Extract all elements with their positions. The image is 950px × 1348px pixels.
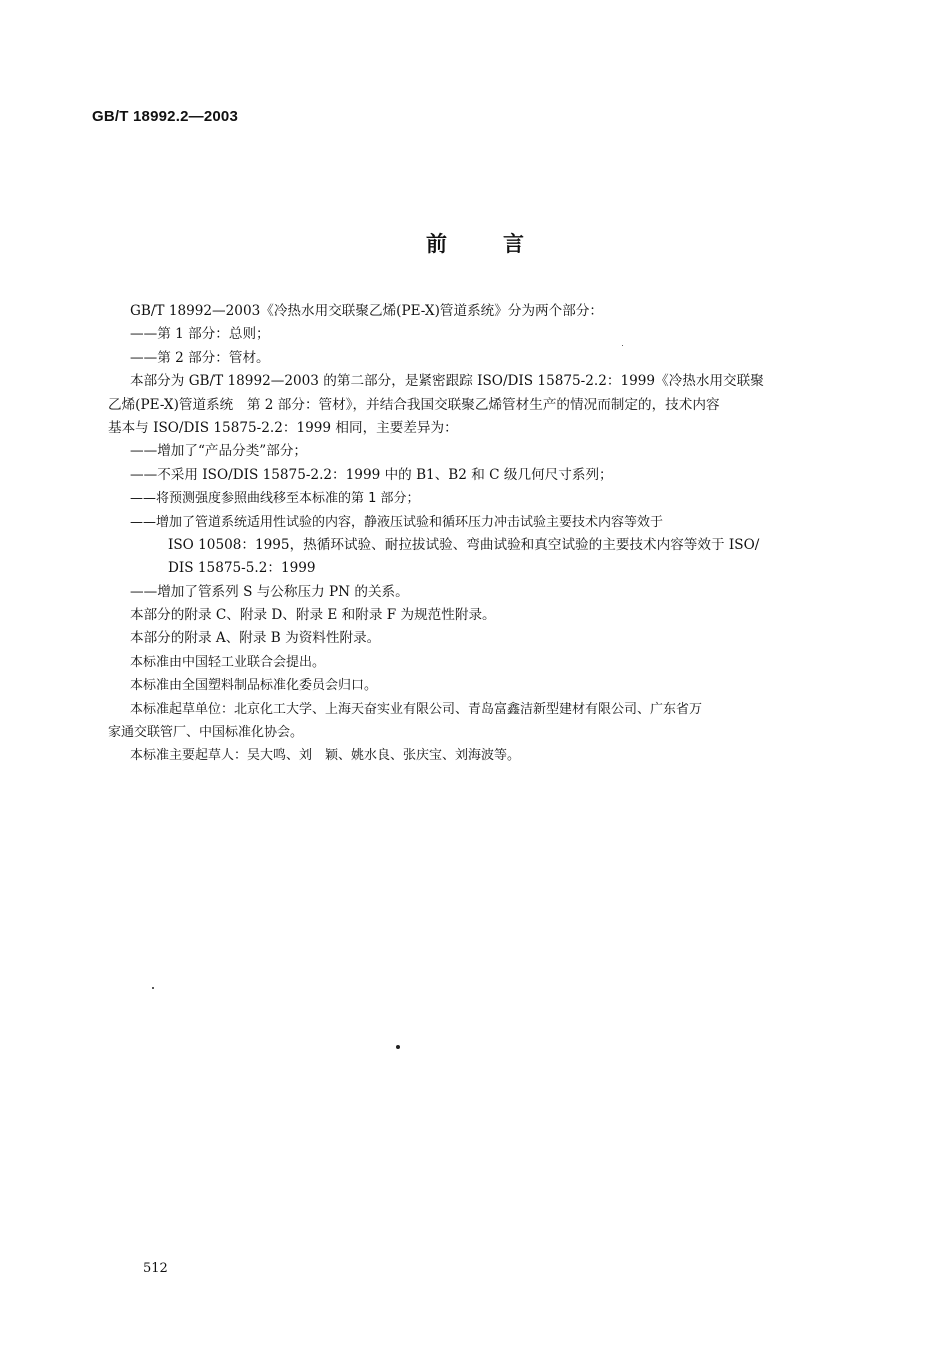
scan-speck — [152, 987, 154, 989]
scan-speck — [622, 345, 623, 346]
paragraph-drafting-units-line-1: 本标准起草单位：北京化工大学、上海天奋实业有限公司、青岛富鑫洁新型建材有限公司、… — [108, 698, 840, 721]
title-char-1: 前 — [426, 228, 447, 258]
paragraph-centralized-by: 本标准由全国塑料制品标准化委员会归口。 — [108, 674, 840, 697]
paragraph-scope-line-2: 乙烯(PE-X)管道系统 第 2 部分：管材》，并结合我国交联聚乙烯管材生产的情… — [108, 394, 840, 417]
difference-item-4-line-3: DIS 15875-5.2：1999 — [108, 557, 840, 580]
difference-item-2: ——不采用 ISO/DIS 15875-2.2：1999 中的 B1、B2 和 … — [108, 464, 840, 487]
list-item-part-1: ——第 1 部分：总则； — [108, 323, 840, 346]
difference-item-5: ——增加了管系列 S 与公称压力 PN 的关系。 — [108, 581, 840, 604]
page-number: 512 — [143, 1261, 168, 1276]
foreword-body: GB/T 18992—2003《冷热水用交联聚乙烯(PE-X)管道系统》分为两个… — [108, 300, 840, 768]
page-title: 前言 — [0, 228, 950, 258]
paragraph-intro: GB/T 18992—2003《冷热水用交联聚乙烯(PE-X)管道系统》分为两个… — [108, 300, 840, 323]
title-char-2: 言 — [503, 228, 524, 258]
paragraph-normative-annexes: 本部分的附录 C、附录 D、附录 E 和附录 F 为规范性附录。 — [108, 604, 840, 627]
difference-item-4-line-1: ——增加了管道系统适用性试验的内容，静液压试验和循环压力冲击试验主要技术内容等效… — [108, 511, 840, 534]
paragraph-drafting-units-line-2: 家通交联管厂、中国标准化协会。 — [108, 721, 840, 744]
difference-item-1: ——增加了“产品分类”部分； — [108, 440, 840, 463]
difference-item-4-line-2: ISO 10508：1995，热循环试验、耐拉拔试验、弯曲试验和真空试验的主要技… — [108, 534, 840, 557]
standard-code: GB/T 18992.2—2003 — [92, 108, 238, 125]
paragraph-drafters: 本标准主要起草人：吴大鸣、刘 颖、姚水良、张庆宝、刘海波等。 — [108, 744, 840, 767]
paragraph-informative-annexes: 本部分的附录 A、附录 B 为资料性附录。 — [108, 627, 840, 650]
difference-item-3: ——将预测强度参照曲线移至本标准的第 1 部分； — [108, 487, 840, 510]
paragraph-proposed-by: 本标准由中国轻工业联合会提出。 — [108, 651, 840, 674]
paragraph-scope-line-3: 基本与 ISO/DIS 15875-2.2：1999 相同，主要差异为： — [108, 417, 840, 440]
list-item-part-2: ——第 2 部分：管材。 — [108, 347, 840, 370]
paragraph-scope-line-1: 本部分为 GB/T 18992—2003 的第二部分，是紧密跟踪 ISO/DIS… — [108, 370, 840, 393]
scan-speck — [396, 1045, 400, 1049]
